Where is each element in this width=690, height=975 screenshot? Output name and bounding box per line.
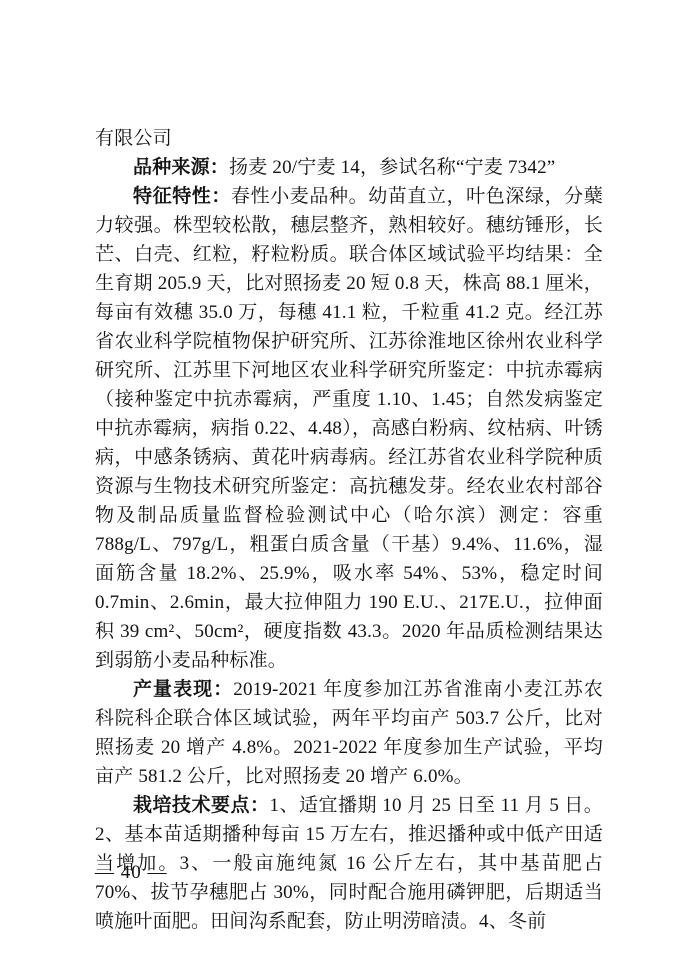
paragraph-company-continuation: 有限公司	[95, 124, 603, 153]
paragraph-variety-source: 品种来源：扬麦 20/宁麦 14，参试名称“宁麦 7342”	[95, 153, 603, 182]
document-page: 有限公司 品种来源：扬麦 20/宁麦 14，参试名称“宁麦 7342” 特征特性…	[0, 0, 690, 975]
paragraph-label: 品种来源：	[133, 157, 229, 178]
paragraph-label: 特征特性：	[133, 186, 231, 207]
paragraph-yield-performance: 产量表现：2019-2021 年度参加江苏省淮南小麦江苏农科院科企联合体区域试验…	[95, 675, 603, 791]
paragraph-text: 春性小麦品种。幼苗直立，叶色深绿，分蘖力较强。株型较松散，穗层整齐，熟相较好。穗…	[95, 186, 603, 671]
paragraph-label: 产量表现：	[133, 679, 233, 700]
page-number-footer: — 40 —	[95, 861, 168, 885]
paragraph-characteristics: 特征特性：春性小麦品种。幼苗直立，叶色深绿，分蘖力较强。株型较松散，穗层整齐，熟…	[95, 182, 603, 675]
paragraph-text: 扬麦 20/宁麦 14，参试名称“宁麦 7342”	[229, 157, 555, 178]
paragraph-label: 栽培技术要点：	[133, 795, 270, 816]
paragraph-cultivation-techniques: 栽培技术要点：1、适宜播期 10 月 25 日至 11 月 5 日。2、基本苗适…	[95, 791, 603, 936]
text-block: 有限公司 品种来源：扬麦 20/宁麦 14，参试名称“宁麦 7342” 特征特性…	[95, 124, 603, 936]
paragraph-text: 有限公司	[95, 128, 172, 149]
